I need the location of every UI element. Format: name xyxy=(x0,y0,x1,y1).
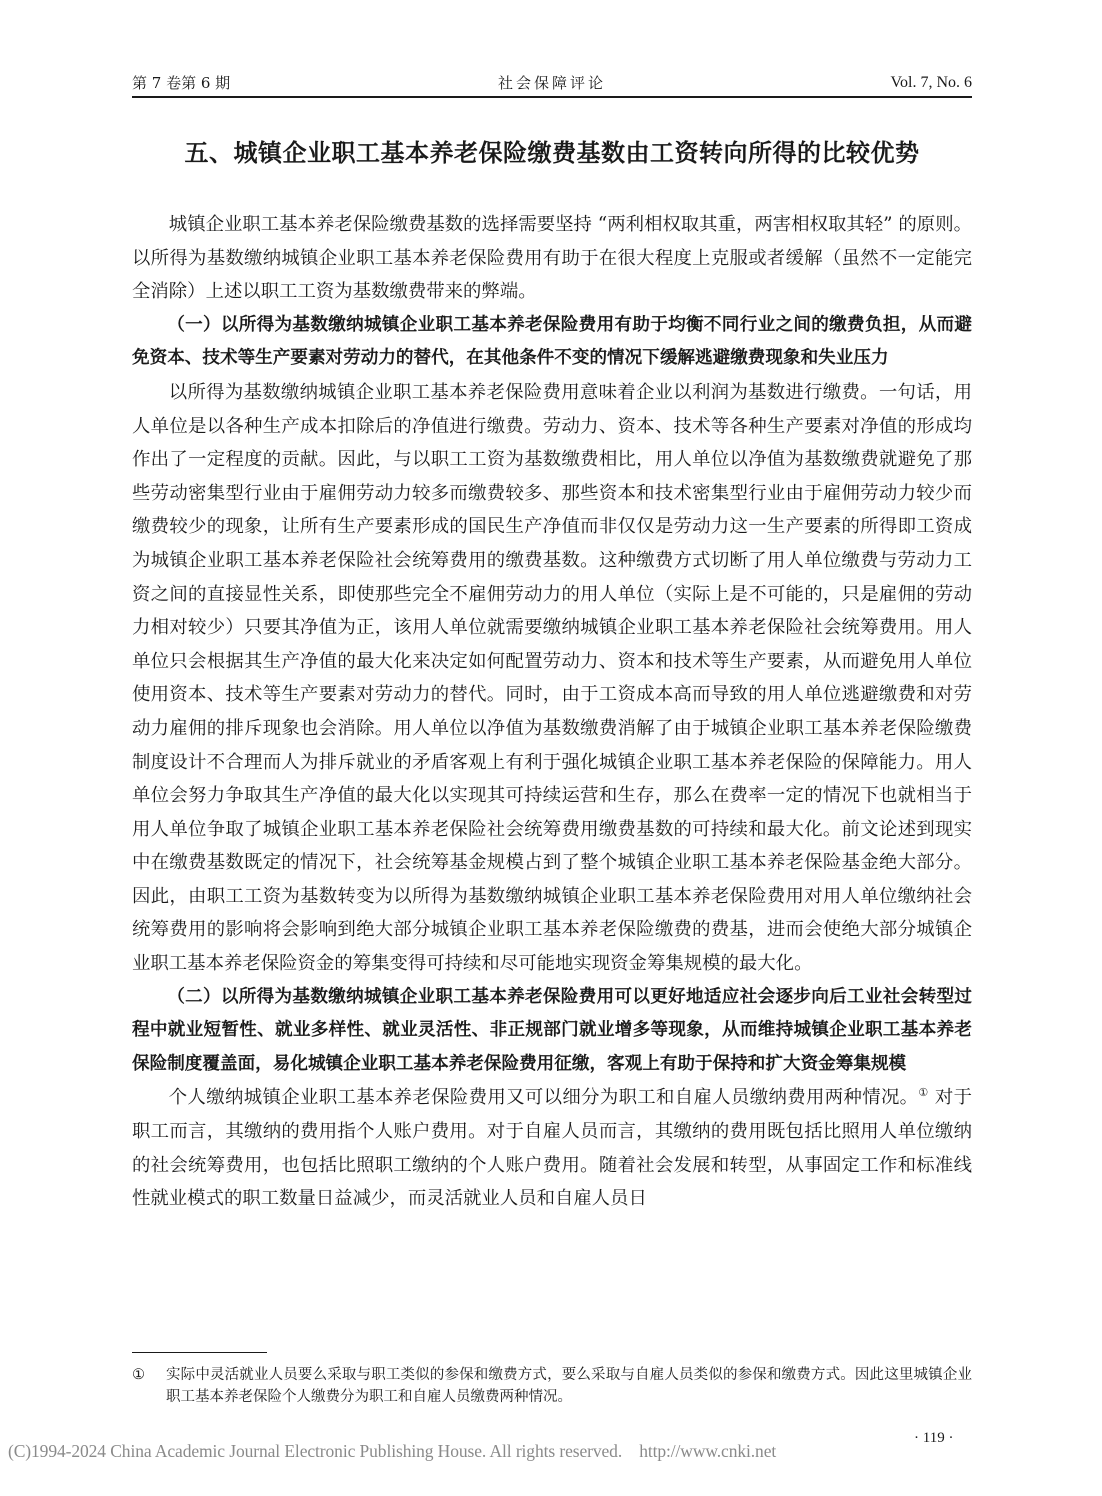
subheading: （二）以所得为基数缴纳城镇企业职工基本养老保险费用可以更好地适应社会逐步向后工业… xyxy=(132,981,972,1082)
footnote-ref-link[interactable]: ① xyxy=(918,1086,928,1099)
subheading: （一）以所得为基数缴纳城镇企业职工基本养老保险费用有助于均衡不同行业之间的缴费负… xyxy=(132,309,972,376)
section-title: 五、城镇企业职工基本养老保险缴费基数由工资转向所得的比较优势 xyxy=(132,135,972,171)
volume-issue-en: Vol. 7, No. 6 xyxy=(891,72,973,94)
header-rule xyxy=(132,96,972,98)
paragraph: 城镇企业职工基本养老保险缴费基数的选择需要坚持 “两利相权取其重，两害相权取其轻… xyxy=(132,208,972,309)
copyright-notice: (C)1994-2024 China Academic Journal Elec… xyxy=(8,1441,776,1462)
journal-title: 社会保障评论 xyxy=(132,72,972,94)
paragraph: 以所得为基数缴纳城镇企业职工基本养老保险费用意味着企业以利润为基数进行缴费。一句… xyxy=(132,376,972,981)
footnote-rule xyxy=(132,1352,267,1353)
page-number: · 119 · xyxy=(914,1430,953,1447)
running-head: 第 7 卷第 6 期 社会保障评论 Vol. 7, No. 6 xyxy=(132,72,972,94)
paragraph-text: 个人缴纳城镇企业职工基本养老保险费用又可以细分为职工和自雇人员缴纳费用两种情况。 xyxy=(169,1087,919,1108)
footnote: ① 实际中灵活就业人员要么采取与职工类似的参保和缴费方式，要么采取与自雇人员类似… xyxy=(132,1364,972,1408)
paragraph: 个人缴纳城镇企业职工基本养老保险费用又可以细分为职工和自雇人员缴纳费用两种情况。… xyxy=(132,1081,972,1215)
footnote-mark: ① xyxy=(132,1364,145,1386)
footnote-text: 实际中灵活就业人员要么采取与职工类似的参保和缴费方式，要么采取与自雇人员类似的参… xyxy=(166,1367,972,1405)
article-body: 城镇企业职工基本养老保险缴费基数的选择需要坚持 “两利相权取其重，两害相权取其轻… xyxy=(132,208,972,1216)
